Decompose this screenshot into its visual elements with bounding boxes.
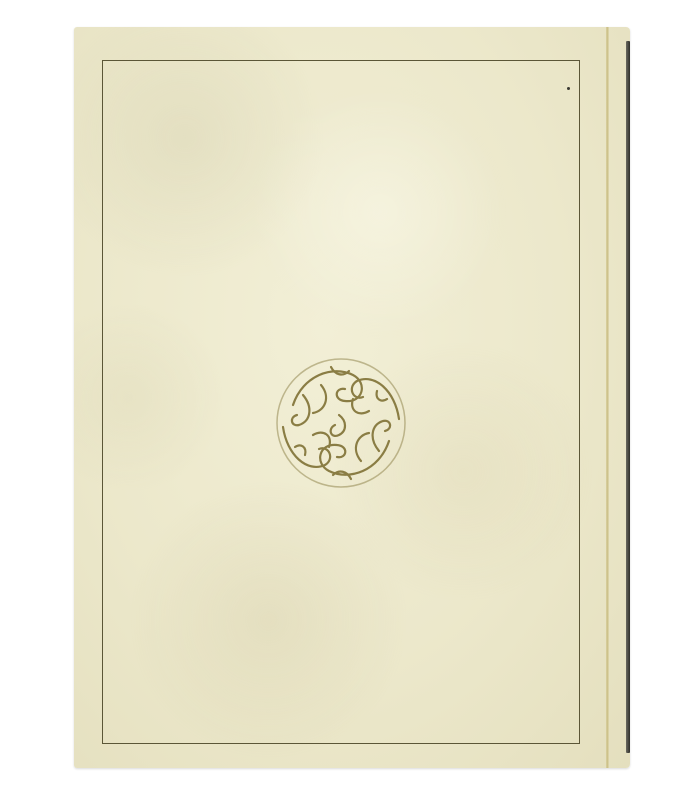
- spot-mark: [567, 87, 570, 90]
- book-cover: [74, 27, 630, 768]
- spine-groove: [606, 27, 609, 768]
- spine-edge: [626, 41, 630, 753]
- gilt-medallion-icon: [273, 355, 409, 491]
